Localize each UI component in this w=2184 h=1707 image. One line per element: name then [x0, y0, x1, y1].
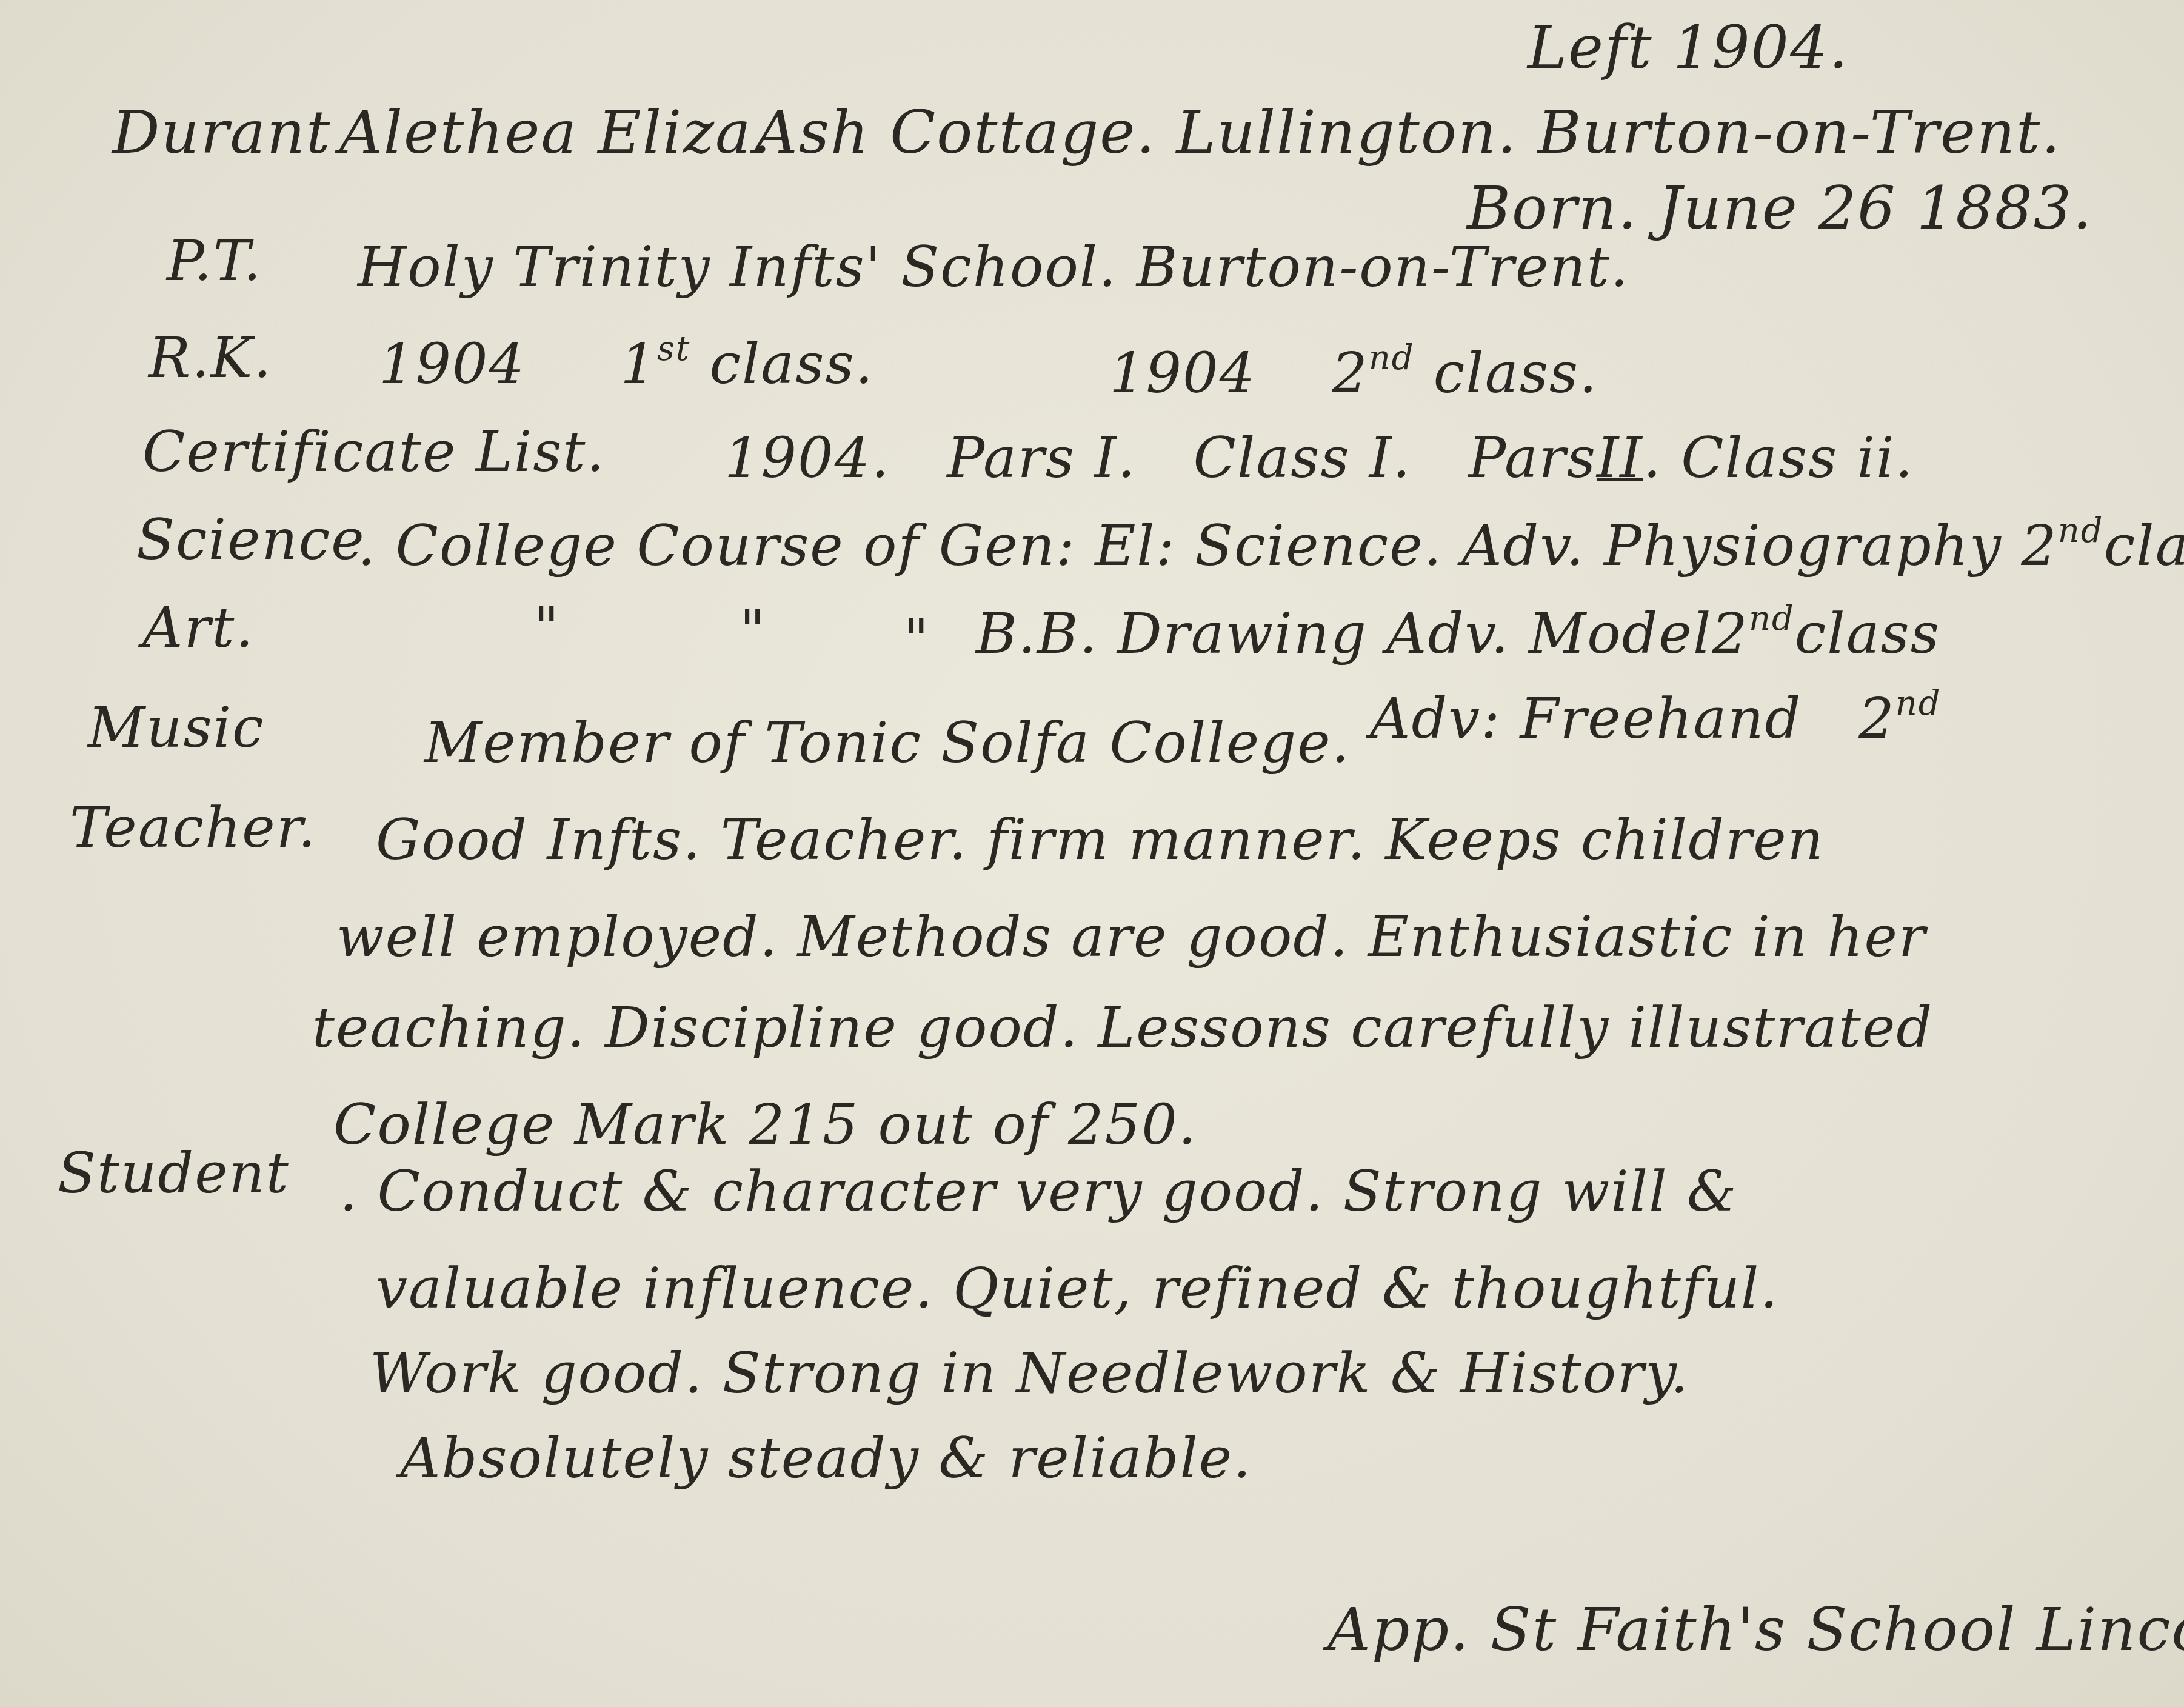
art-class-text: class — [1795, 601, 1940, 666]
rk-entry-2: 1904 2nd class. — [1109, 346, 1598, 401]
student-given-names: Alethea Eliza. — [339, 103, 772, 162]
rk-label: R.K. — [149, 330, 273, 386]
art-label: Art. — [142, 600, 255, 656]
certificate-year: 1904. — [724, 426, 890, 490]
student-surname: Durant — [112, 103, 331, 162]
rk-year-1: 1904 — [379, 332, 526, 396]
music-value: Member of Tonic Solfa College. — [424, 715, 1351, 771]
certificate-part-2-prefix: Pars — [1468, 426, 1597, 490]
art-freehand-text: Adv: Freehand — [1370, 686, 1802, 751]
student-label: Student — [58, 1146, 290, 1201]
rk-class-1-num: 1 — [620, 332, 657, 396]
science-entry: . College Course of Gen: El: Science. Ad… — [358, 518, 2184, 574]
rk-class-1-sup: st — [657, 329, 690, 369]
rk-year-2: 1904 — [1109, 341, 1256, 406]
pt-label: P.T. — [167, 233, 262, 289]
art-ditto-2: " — [740, 603, 766, 659]
certificate-entry: 1904. Pars I. Class I. ParsII. Class ii. — [724, 430, 1914, 486]
left-date-note: Left 1904. — [1528, 18, 1849, 78]
rk-class-2-num: 2 — [1332, 341, 1369, 406]
student-address: Ash Cottage. Lullington. Burton-on-Trent… — [755, 103, 2062, 162]
record-page: Left 1904. Durant Alethea Eliza. Ash Cot… — [0, 0, 2184, 1707]
teacher-line-2: well employed. Methods are good. Enthusi… — [336, 909, 1926, 965]
certificate-part-2-numeral: II — [1597, 426, 1643, 490]
certificate-class-2: . Class ii. — [1643, 426, 1914, 490]
rk-class-2-text: class. — [1434, 341, 1598, 406]
art-freehand: Adv: Freehand 2nd — [1370, 691, 1942, 747]
art-ditto-3: " — [903, 612, 930, 668]
student-line-3: Work good. Strong in Needlework & Histor… — [370, 1346, 1689, 1401]
college-mark: College Mark 215 out of 250. — [333, 1097, 1197, 1153]
science-class-text: class. — [2104, 513, 2184, 578]
rk-class-2-sup: nd — [1369, 338, 1415, 378]
science-label: Science — [136, 512, 366, 568]
music-label: Music — [88, 700, 265, 756]
teacher-label: Teacher. — [70, 800, 317, 856]
art-freehand-num: 2 — [1858, 686, 1895, 751]
teacher-line-3: teaching. Discipline good. Lessons caref… — [312, 1000, 1933, 1056]
rk-entry-1: 1904 1st class. — [379, 336, 874, 392]
certificate-label: Certificate List. — [142, 424, 606, 480]
art-class-sup: nd — [1749, 599, 1795, 638]
student-line-1: . Conduct & character very good. Strong … — [339, 1164, 1738, 1220]
certificate-class-1: Class I. — [1194, 426, 1412, 490]
art-freehand-sup: nd — [1895, 684, 1942, 723]
birth-date: Born. June 26 1883. — [1467, 179, 2092, 238]
science-class-num: 2 — [2021, 513, 2058, 578]
science-class-sup: nd — [2058, 511, 2104, 550]
rk-class-1-text: class. — [709, 332, 873, 396]
certificate-part-1: Pars I. — [947, 426, 1137, 490]
student-line-4: Absolutely steady & reliable. — [400, 1431, 1252, 1486]
science-value: . College Course of Gen: El: Science. Ad… — [358, 513, 2002, 578]
art-ditto-1: " — [533, 600, 560, 656]
art-value: B.B. Drawing Adv. Model — [976, 601, 1712, 666]
art-class-num: 2 — [1712, 601, 1749, 666]
appointment-note: App. St Faith's School Lincoln £75. — [1327, 1600, 2184, 1660]
student-line-2: valuable influence. Quiet, refined & tho… — [376, 1261, 1779, 1317]
art-entry: B.B. Drawing Adv. Model2ndclass — [976, 606, 1940, 662]
teacher-line-1: Good Infts. Teacher. firm manner. Keeps … — [376, 812, 1825, 868]
pt-value: Holy Trinity Infts' School. Burton-on-Tr… — [358, 239, 1629, 295]
